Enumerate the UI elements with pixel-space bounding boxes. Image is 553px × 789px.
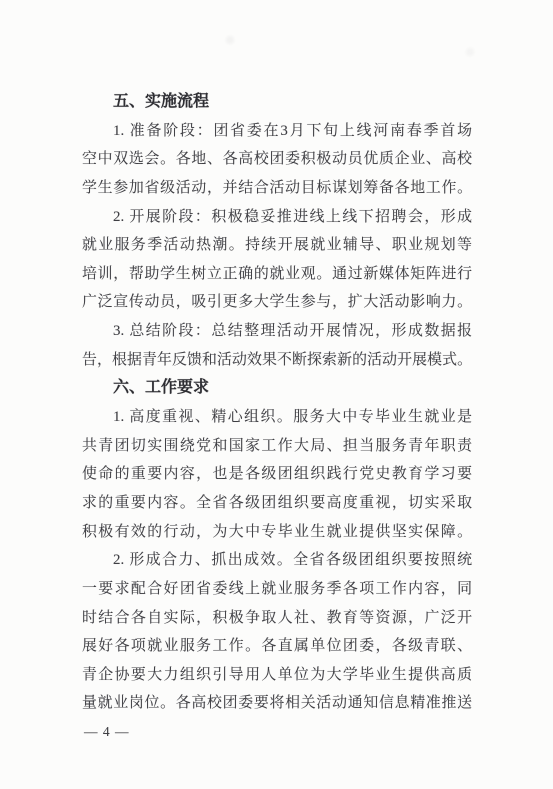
paragraph-line: 一要求配合好团省委线上就业服务季各项工作内容，同: [82, 575, 472, 604]
paragraph-line: 使命的重要内容，也是各级团组织践行党史教育学习要: [82, 460, 472, 489]
document-page: 五、实施流程1. 准备阶段：团省委在3月下旬上线河南春季首场空中双选会。各地、各…: [0, 0, 553, 789]
paragraph-line: 2. 开展阶段：积极稳妥推进线上线下招聘会，形成: [82, 203, 472, 232]
paragraph-line: 空中双选会。各地、各高校团委积极动员优质企业、高校: [82, 145, 472, 174]
paragraph-line: 告，根据青年反馈和活动效果不断探索新的活动开展模式。: [82, 346, 472, 375]
page-number: — 4 —: [84, 718, 130, 746]
paragraph-line: 求的重要内容。全省各级团组织要高度重视，切实采取: [82, 489, 472, 518]
paragraph-line: 共青团切实围绕党和国家工作大局、担当服务青年职责: [82, 432, 472, 461]
paragraph-line: 量就业岗位。各高校团委要将相关活动通知信息精准推送: [82, 689, 472, 718]
paragraph-line: 就业服务季活动热潮。持续开展就业辅导、职业规划等: [82, 231, 472, 260]
document-body: 五、实施流程1. 准备阶段：团省委在3月下旬上线河南春季首场空中双选会。各地、各…: [82, 88, 472, 718]
section-heading: 六、工作要求: [82, 374, 472, 403]
paragraph-line: 时结合各自实际，积极争取人社、教育等资源，广泛开: [82, 604, 472, 633]
paragraph-line: 广泛宣传动员，吸引更多大学生参与，扩大活动影响力。: [82, 288, 472, 317]
paragraph-line: 2. 形成合力、抓出成效。全省各级团组织要按照统: [82, 546, 472, 575]
paragraph-line: 1. 准备阶段：团省委在3月下旬上线河南春季首场: [82, 117, 472, 146]
paragraph-line: 培训，帮助学生树立正确的就业观。通过新媒体矩阵进行: [82, 260, 472, 289]
paragraph-line: 展好各项就业服务工作。各直属单位团委，各级青联、: [82, 632, 472, 661]
paragraph-line: 学生参加省级活动，并结合活动目标谋划筹备各地工作。: [82, 174, 472, 203]
paragraph-line: 3. 总结阶段：总结整理活动开展情况，形成数据报: [82, 317, 472, 346]
paragraph-line: 1. 高度重视、精心组织。服务大中专毕业生就业是: [82, 403, 472, 432]
paragraph-line: 积极有效的行动，为大中专毕业生就业提供坚实保障。: [82, 518, 472, 547]
section-heading: 五、实施流程: [82, 88, 472, 117]
paragraph-line: 青企协要大力组织引导用人单位为大学毕业生提供高质: [82, 661, 472, 690]
